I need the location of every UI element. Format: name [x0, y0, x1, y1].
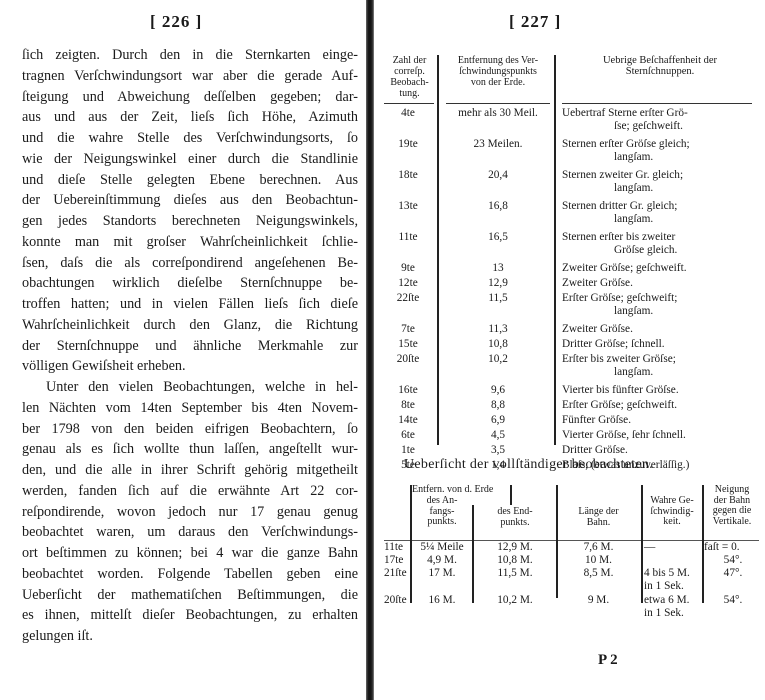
description-cell: Uebertraf Sterne erſter Grö-ſse; geſchwe… [562, 105, 765, 133]
table2-header-inclination: Neigungder Bahngegen dieVertikale. [702, 485, 762, 527]
distance-value: 16,8 [442, 200, 554, 213]
table1-header-rule [384, 103, 434, 104]
description-cell: Fünfter Gröſse. [562, 412, 765, 427]
description-line: ſse; geſchweift. [562, 120, 765, 133]
distance-value: mehr als 30 Meil. [442, 107, 554, 120]
table2-column-divider [510, 485, 512, 505]
body-text-line: aus und aus der Zeit, lieſs ſich Höhe, A… [22, 107, 358, 128]
header-line: ſchwindungspunkts [442, 66, 554, 77]
description-line: Erſter Gröſse; geſchweift; [562, 292, 765, 305]
length-value: 8,5 M. [584, 567, 614, 579]
header-line: Bahn. [556, 518, 641, 529]
cell-start: 16 M. [412, 594, 472, 607]
start-value: 4,9 M. [427, 554, 457, 566]
table-row: 20ſte10,2Erſter bis zweiter Gröſse;langſ… [382, 351, 762, 379]
header-line: Wahre Ge- [642, 496, 702, 507]
body-text-line: ſsen, daſs die als correſpondirend angeſ… [22, 253, 358, 274]
table2-header-start: des An-fangs-punkts. [412, 496, 472, 528]
speed-line: in 1 Sek. [644, 580, 702, 593]
description-line: langſam. [562, 305, 765, 318]
body-text-line: Wahrſcheinlichkeit durch den Glanz, die … [22, 315, 358, 336]
table-row: 16te9,6Vierter bis fünfter Gröſse. [382, 382, 762, 397]
description-cell: Sternen erſter bis zweiterGröſse gleich. [562, 229, 765, 257]
table1-header-description: Uebrige Beſchaffenheit derSternſchnuppen… [560, 55, 760, 77]
observation-number: 1te [384, 444, 432, 457]
table-row: 17te4,9 M.10,8 M.10 M.54°. [384, 554, 759, 567]
cell-obs: 17te [384, 554, 410, 567]
header-line: Vertikale. [702, 517, 762, 528]
table-row: 12te12,9Zweiter Gröſse. [382, 275, 762, 290]
table-row: 15te10,8Dritter Gröſse; ſchnell. [382, 336, 762, 351]
table1-header-observation: Zahl dercorreſp.Beobach-tung. [382, 55, 437, 99]
end-value: 11,5 M. [497, 567, 532, 579]
cell-inclination: faſt = 0. [704, 541, 762, 554]
body-text-line: völligen Gewiſsheit erheben. [22, 356, 358, 377]
distance-value: 6,9 [442, 414, 554, 427]
observation-number: 18te [384, 169, 432, 182]
cell-obs: 21ſte [384, 567, 410, 580]
header-line: gegen die [702, 506, 762, 517]
description-line: Sternen erſter Gröſse gleich; [562, 138, 765, 151]
inclination-value: 47°. [724, 567, 743, 579]
header-line: Zahl der [382, 55, 437, 66]
obs-value: 20ſte [384, 594, 407, 606]
length-value: 9 M. [588, 594, 609, 606]
description-cell: Vierter bis fünfter Gröſse. [562, 382, 765, 397]
observation-number: 22ſte [384, 292, 432, 305]
inclination-value: 54°. [724, 554, 743, 566]
body-text-line: konnte man mit groſser Wahrſcheinlichkei… [22, 232, 358, 253]
end-value: 10,2 M. [497, 594, 532, 606]
signature-mark: P 2 [598, 652, 618, 669]
header-line: Länge der [556, 507, 641, 518]
header-line: Sternſchnuppen. [560, 66, 760, 77]
table1-header-rule [446, 103, 550, 104]
table-row: 8te8,8Erſter Gröſse; geſchweift. [382, 397, 762, 412]
body-text-line: beobachtet worden. Folgende Tabellen geb… [22, 564, 358, 585]
cell-end: 10,2 M. [474, 594, 556, 607]
description-line: Erſter bis zweiter Gröſse; [562, 353, 765, 366]
cell-length: 9 M. [556, 594, 641, 607]
length-value: 7,6 M. [584, 541, 614, 553]
complete-observations-table: Entfern. von d. Erde des An-fangs-punkts… [384, 485, 759, 621]
observation-number: 6te [384, 429, 432, 442]
description-cell: Erſter Gröſse; geſchweift;langſam. [562, 290, 765, 318]
body-text-line: troffen hatten; und in vielen Fällen lie… [22, 294, 358, 315]
page-number-226: [ 226 ] [150, 12, 202, 32]
observation-number: 12te [384, 277, 432, 290]
distance-value: 10,2 [442, 353, 554, 366]
table-row: 20ſte16 M.10,2 M.9 M.etwa 6 M.in 1 Sek.5… [384, 594, 759, 621]
observation-number: 4te [384, 107, 432, 120]
table-row: 11te5¼ Meile12,9 M.7,6 M.—faſt = 0. [384, 541, 759, 554]
length-value: 10 M. [585, 554, 612, 566]
cell-inclination: 47°. [704, 567, 762, 580]
observation-number: 11te [384, 231, 432, 244]
body-text-line: genau als es ſich wollte thun laſſen, an… [22, 439, 358, 460]
body-text-line: den, und die alle in ihrer Schrift gehör… [22, 460, 358, 481]
description-line: Dritter Gröſse; ſchnell. [562, 338, 765, 351]
body-text-line: Unter den vielen Beobachtungen, welche i… [22, 377, 358, 398]
distance-value: 12,9 [442, 277, 554, 290]
table2-title: Ueberſicht der vollſtändiger beobachtete… [404, 457, 653, 473]
header-line: Beobach- [382, 77, 437, 88]
left-page: [ 226 ] ſich zeigten. Durch den in die S… [0, 0, 366, 700]
observation-number: 13te [384, 200, 432, 213]
observation-number: 20ſte [384, 353, 432, 366]
table-row: 21ſte17 M.11,5 M.8,5 M.4 bis 5 M.in 1 Se… [384, 567, 759, 594]
description-cell: Dritter Gröſse. [562, 442, 765, 457]
cell-length: 8,5 M. [556, 567, 641, 580]
body-text-line: der Uebereinſtimmung dieſes aus den Beob… [22, 190, 358, 211]
table2-header-speed: Wahre Ge-ſchwindig-keit. [642, 496, 702, 528]
header-line: keit. [642, 517, 702, 528]
description-cell: Sternen dritter Gr. gleich;langſam. [562, 198, 765, 226]
table1-header-rule [562, 103, 752, 104]
description-cell: Sternen zweiter Gr. gleich;langſam. [562, 167, 765, 195]
header-line: des End- [474, 507, 556, 518]
body-text-line: wie der Neigungswinkel einer durch die S… [22, 149, 358, 170]
description-line: Fünfter Gröſse. [562, 414, 765, 427]
body-text-line: ber 1798 von den beiden eifrigen Beobach… [22, 419, 358, 440]
end-value: 12,9 M. [497, 541, 532, 553]
header-line: von der Erde. [442, 77, 554, 88]
distance-value: 11,3 [442, 323, 554, 336]
cell-start: 5¼ Meile [412, 541, 472, 554]
table-row: 7te11,3Zweiter Gröſse. [382, 321, 762, 336]
observation-number: 14te [384, 414, 432, 427]
description-cell: Erſter Gröſse; geſchweift. [562, 397, 765, 412]
body-text-line: tragnen Verſchwindungsort war aber die g… [22, 66, 358, 87]
table1-header: Zahl dercorreſp.Beobach-tung. Entfernung… [382, 55, 762, 105]
meteor-distance-table: Zahl dercorreſp.Beobach-tung. Entfernung… [382, 55, 762, 472]
cell-length: 10 M. [556, 554, 641, 567]
description-line: Dritter Gröſse. [562, 444, 765, 457]
distance-value: 11,5 [442, 292, 554, 305]
cell-end: 12,9 M. [474, 541, 556, 554]
table-row: 18te20,4Sternen zweiter Gr. gleich;langſ… [382, 167, 762, 195]
body-text-line: Ueberſicht der mathematiſchen Beſtimmung… [22, 585, 358, 606]
distance-value: 4,5 [442, 429, 554, 442]
speed-line: 4 bis 5 M. [644, 567, 702, 580]
body-text-line: ſich zeigten. Durch den in die Sternkart… [22, 45, 358, 66]
distance-value: 3,5 [442, 444, 554, 457]
distance-value: 9,6 [442, 384, 554, 397]
table-row: 22ſte11,5Erſter Gröſse; geſchweift;langſ… [382, 290, 762, 318]
observation-number: 15te [384, 338, 432, 351]
body-text-line: der Sternſchnuppe und ähnliche Merkmahle… [22, 336, 358, 357]
obs-value: 11te [384, 541, 403, 553]
cell-start: 4,9 M. [412, 554, 472, 567]
distance-value: 10,8 [442, 338, 554, 351]
observation-number: 19te [384, 138, 432, 151]
cell-end: 10,8 M. [474, 554, 556, 567]
description-cell: Zweiter Gröſse. [562, 275, 765, 290]
cell-speed: etwa 6 M.in 1 Sek. [644, 594, 702, 620]
inclination-value: faſt = 0. [704, 541, 740, 553]
cell-speed: — [644, 541, 702, 554]
description-cell: Zweiter Gröſse. [562, 321, 765, 336]
table-row: 13te16,8Sternen dritter Gr. gleich;langſ… [382, 198, 762, 226]
right-page: [ 227 ] Zahl dercorreſp.Beobach-tung. En… [374, 0, 765, 700]
description-cell: Dritter Gröſse; ſchnell. [562, 336, 765, 351]
start-value: 16 M. [429, 594, 456, 606]
observation-number: 8te [384, 399, 432, 412]
page-number-227: [ 227 ] [509, 12, 561, 32]
description-line: Sternen dritter Gr. gleich; [562, 200, 765, 213]
body-text-line: es ihnen, mittelſt dieſer Beobachtungen,… [22, 605, 358, 626]
body-text-line: und die wahre Stelle des Verſchwindungso… [22, 128, 358, 149]
description-line: langſam. [562, 151, 765, 164]
distance-value: 20,4 [442, 169, 554, 182]
table-row: 4temehr als 30 Meil.Uebertraf Sterne erſ… [382, 105, 762, 133]
distance-value: 23 Meilen. [442, 138, 554, 151]
description-line: langſam. [562, 366, 765, 379]
table2-body: 11te5¼ Meile12,9 M.7,6 M.—faſt = 0.17te4… [384, 541, 759, 621]
table1-body: 4temehr als 30 Meil.Uebertraf Sterne erſ… [382, 105, 762, 472]
description-cell: Erſter bis zweiter Gröſse;langſam. [562, 351, 765, 379]
body-text-line: reſpondirende, wovon jedoch nur 17 genau… [22, 502, 358, 523]
description-line: Vierter Gröſse, ſehr ſchnell. [562, 429, 765, 442]
table-row: 11te16,5Sternen erſter bis zweiterGröſse… [382, 229, 762, 257]
header-line: des An- [412, 496, 472, 507]
description-line: Zweiter Gröſse. [562, 277, 765, 290]
description-cell: Vierter Gröſse, ſehr ſchnell. [562, 427, 765, 442]
description-line: langſam. [562, 182, 765, 195]
observation-number: 9te [384, 262, 432, 275]
body-text-line: beobachtet waren, um daraus den Verſchwi… [22, 522, 358, 543]
table-row: 1te3,5Dritter Gröſse. [382, 442, 762, 457]
distance-value: 16,5 [442, 231, 554, 244]
start-value: 5¼ Meile [420, 541, 463, 553]
table-row: 9te13Zweiter Gröſse; geſchweift. [382, 260, 762, 275]
description-line: Erſter Gröſse; geſchweift. [562, 399, 765, 412]
table-row: 6te4,5Vierter Gröſse, ſehr ſchnell. [382, 427, 762, 442]
cell-end: 11,5 M. [474, 567, 556, 580]
left-page-body-text: ſich zeigten. Durch den in die Sternkart… [22, 45, 358, 647]
description-line: Zweiter Gröſse. [562, 323, 765, 336]
distance-value: 8,8 [442, 399, 554, 412]
header-line: punkts. [474, 518, 556, 529]
header-line: punkts. [412, 517, 472, 528]
body-text-line: und dieſe Stelle gelegten Ebene berechne… [22, 170, 358, 191]
cell-length: 7,6 M. [556, 541, 641, 554]
book-spine [366, 0, 374, 700]
start-value: 17 M. [429, 567, 456, 579]
header-line: Uebrige Beſchaffenheit der [560, 55, 760, 66]
description-line: Sternen zweiter Gr. gleich; [562, 169, 765, 182]
distance-value: 13 [442, 262, 554, 275]
obs-value: 21ſte [384, 567, 407, 579]
table-row: 19te23 Meilen.Sternen erſter Gröſse glei… [382, 136, 762, 164]
body-text-line: werden, fanden ſich auf die erwähnte Art… [22, 481, 358, 502]
cell-inclination: 54°. [704, 554, 762, 567]
description-cell: Zweiter Gröſse; geſchweift. [562, 260, 765, 275]
cell-start: 17 M. [412, 567, 472, 580]
body-text-line: gelungen iſt. [22, 626, 358, 647]
table-row: 14te6,9Fünfter Gröſse. [382, 412, 762, 427]
description-line: Gröſse gleich. [562, 244, 765, 257]
description-line: Uebertraf Sterne erſter Grö- [562, 107, 765, 120]
cell-obs: 20ſte [384, 594, 410, 607]
speed-line: etwa 6 M. [644, 594, 702, 607]
cell-speed: 4 bis 5 M.in 1 Sek. [644, 567, 702, 593]
header-line: correſp. [382, 66, 437, 77]
body-text-line: gen jedes Standorts berechneten Neigungs… [22, 211, 358, 232]
header-line: tung. [382, 88, 437, 99]
description-line: Sternen erſter bis zweiter [562, 231, 765, 244]
observation-number: 7te [384, 323, 432, 336]
body-text-line: ſteigung und Abweichung deſſelben gegebe… [22, 87, 358, 108]
end-value: 10,8 M. [497, 554, 532, 566]
obs-value: 17te [384, 554, 403, 566]
table2-group-header: Entfern. von d. Erde [412, 485, 507, 496]
description-cell: Sternen erſter Gröſse gleich;langſam. [562, 136, 765, 164]
speed-line: in 1 Sek. [644, 607, 702, 620]
header-line: Entfernung des Ver- [442, 55, 554, 66]
description-line: Vierter bis fünfter Gröſse. [562, 384, 765, 397]
description-line: Zweiter Gröſse; geſchweift. [562, 262, 765, 275]
inclination-value: 54°. [724, 594, 743, 606]
table2-header-end: des End-punkts. [474, 507, 556, 528]
header-line: Neigung [702, 485, 762, 496]
observation-number: 16te [384, 384, 432, 397]
cell-inclination: 54°. [704, 594, 762, 607]
body-text-line: obachtungen wirklich dieſelbe Sternſchnu… [22, 273, 358, 294]
table2-header-length: Länge derBahn. [556, 507, 641, 528]
table1-header-distance: Entfernung des Ver-ſchwindungspunktsvon … [442, 55, 554, 88]
cell-obs: 11te [384, 541, 410, 554]
body-text-line: len Nächten vom 14ten September bis 4ten… [22, 398, 358, 419]
body-text-line: ort beſtimmen zu können; bei 4 war die g… [22, 543, 358, 564]
speed-line: — [644, 541, 702, 554]
description-line: langſam. [562, 213, 765, 226]
